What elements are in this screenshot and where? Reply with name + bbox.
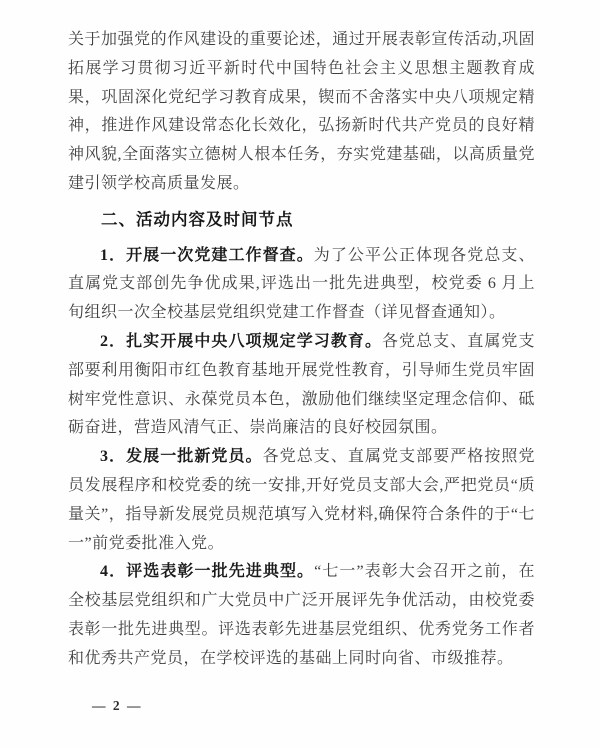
list-item-1: 1．开展一次党建工作督查。为了公平公正体现各党总支、直属党支部创先争优成果,评选… xyxy=(68,242,535,328)
list-item-4: 4．评选表彰一批先进典型。“七一”表彰大会召开之前，在全校基层党组织和广大党员中… xyxy=(68,558,535,673)
list-item-2-lead: 2．扎实开展中央八项规定学习教育。 xyxy=(100,333,382,350)
list-item-1-lead: 1．开展一次党建工作督查。 xyxy=(100,247,314,264)
list-item-3-lead: 3．发展一批新党员。 xyxy=(100,448,263,465)
list-item-3: 3．发展一批新党员。各党总支、直属党支部要严格按照党员发展程序和校党委的统一安排… xyxy=(68,443,535,558)
list-item-2: 2．扎实开展中央八项规定学习教育。各党总支、直属党支部要利用衡阳市红色教育基地开… xyxy=(68,328,535,443)
list-item-4-lead: 4．评选表彰一批先进典型。 xyxy=(100,563,314,580)
intro-paragraph: 关于加强党的作风建设的重要论述，通过开展表彰宣传活动,巩固拓展学习贯彻习近平新时… xyxy=(68,26,535,199)
page-number: — 2 — xyxy=(92,698,143,714)
document-body: 关于加强党的作风建设的重要论述，通过开展表彰宣传活动,巩固拓展学习贯彻习近平新时… xyxy=(68,26,535,674)
section-heading: 二、活动内容及时间节点 xyxy=(68,206,535,235)
document-page: 关于加强党的作风建设的重要论述，通过开展表彰宣传活动,巩固拓展学习贯彻习近平新时… xyxy=(0,0,600,747)
